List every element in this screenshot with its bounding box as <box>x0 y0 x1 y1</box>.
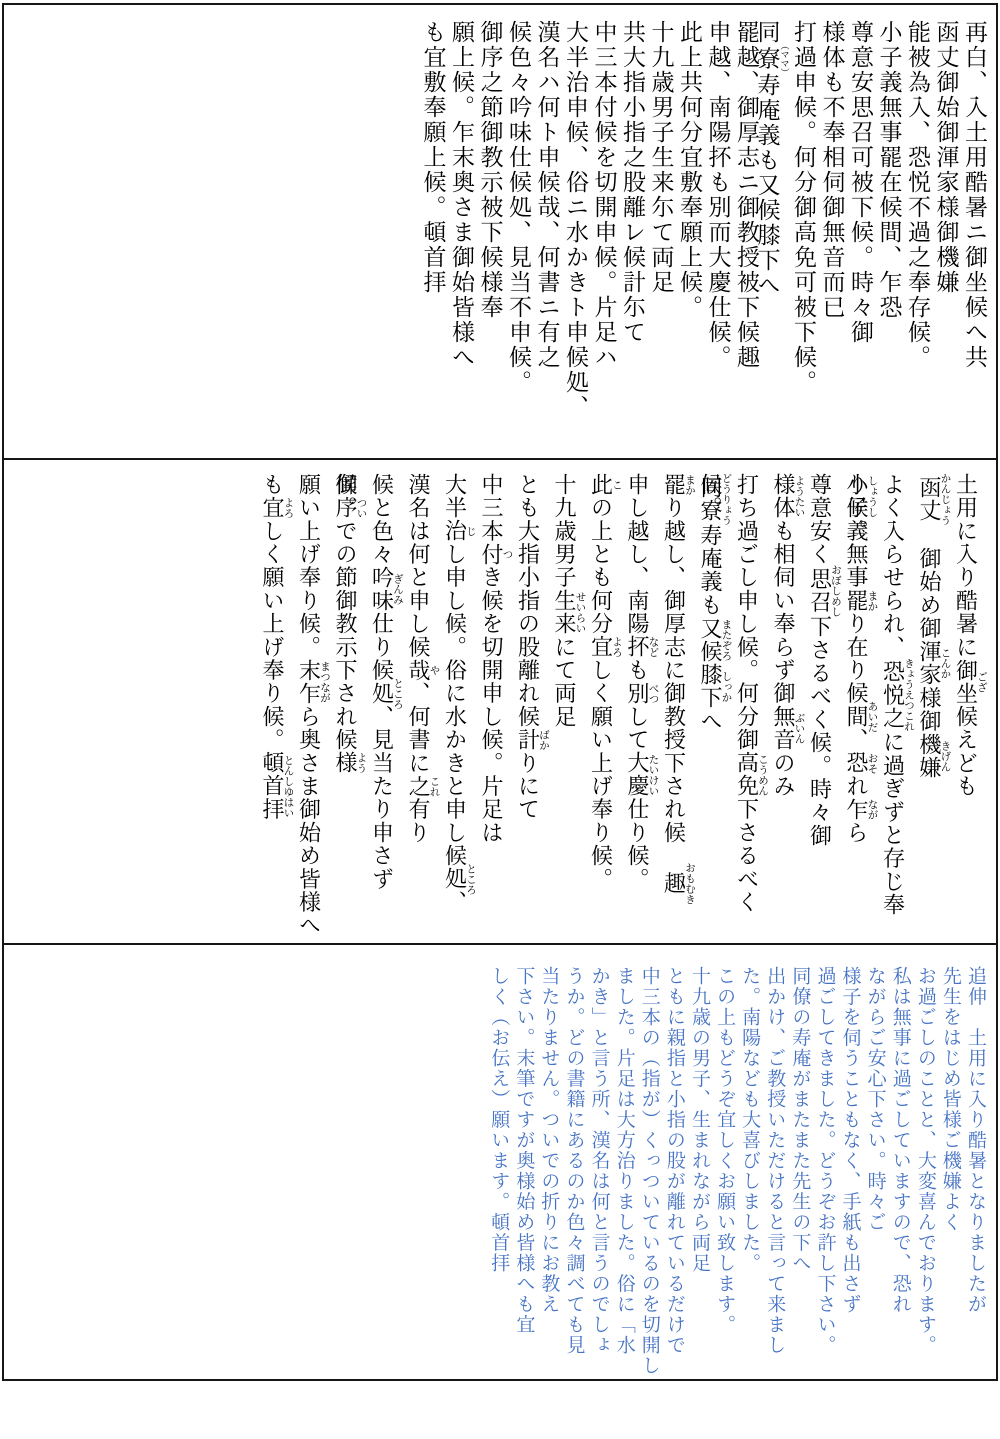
text-column: 同寮（ママ）寿庵義も又候膝下へ <box>760 20 789 450</box>
ruby-annotated-text: 罷まか <box>843 589 868 612</box>
ruby-annotated-text: 様よう <box>332 751 357 774</box>
text-column: 様体も不奉相伺御無音而已 <box>817 20 846 450</box>
text-column: しく（お伝え）願います。頓首拝 <box>486 966 511 1378</box>
text-column: 当たりません。ついでの折りにお教え <box>536 966 561 1378</box>
text-column: た。南陽なども大喜びしました。 <box>737 966 762 1378</box>
ruby-annotated-text: 計ばか <box>515 728 540 751</box>
text-column: 罷越、御厚志ニ御教授被下候趣 <box>732 20 761 450</box>
section-reading-with-furigana: 土用に入り酷暑に御坐ござ候えども函丈かんじょう 御始め御渾家こんか様御機嫌きげん… <box>2 460 998 945</box>
text-column: ともに親指と小指の股が離れているだけで <box>662 966 687 1378</box>
text-column: 願上候。乍末奥さま御始皆様へ <box>447 20 476 450</box>
text-column: 打過申候。何分御高免可被下候。 <box>789 20 818 450</box>
ruby-annotated-text: 末乍まつなが <box>296 659 321 705</box>
text-column: 再白、入土用酷暑ニ御坐候へ共 <box>960 20 989 450</box>
text-column: 私は無事に過ごしていますので、恐れ <box>888 966 913 1378</box>
text-column: 御序之節御教示被下候様奉 <box>475 20 504 450</box>
text-column: 追伸 土用に入り酷暑となりましたが <box>963 966 988 1378</box>
ruby-annotated-text: 恐悦之きょうえつこれ <box>880 659 905 731</box>
ruby-annotated-text: 別べつ <box>624 682 649 705</box>
text-column: かき」と言う所、漢名は何と言うのでしょ <box>587 966 612 1378</box>
text-column: ながらご安心下さい。時々ご <box>863 966 888 1378</box>
ruby-annotated-text: 渾家こんか <box>916 640 941 686</box>
text-column: 申越、南陽抔も別而大慶仕候。 <box>703 20 732 450</box>
ruby-annotated-text: 大慶たいけい <box>624 751 649 797</box>
vertical-text-block-reading: 土用に入り酷暑に御坐ござ候えども函丈かんじょう 御始め御渾家こんか様御機嫌きげん… <box>258 473 988 937</box>
text-column: 先生をはじめ皆様ご機嫌よく <box>938 966 963 1378</box>
ruby-annotated-text: 小子しょうし <box>843 473 868 519</box>
letter-page: 再白、入土用酷暑ニ御坐候へ共函丈御始御渾家様御機嫌能被為入、恐悦不過之奉存候。小… <box>0 0 1000 1439</box>
ruby-annotated-text: 様体ようたい <box>770 473 795 519</box>
text-column: ました。片足は大方治りました。俗に「水 <box>612 966 637 1378</box>
ruby-annotated-text: 宜よろ <box>588 635 613 658</box>
text-column: 尊意安思召可被下候。時々御 <box>846 20 875 450</box>
ruby-annotated-text: 函丈かんじょう <box>916 473 941 524</box>
ruby-annotated-text: 処ところ <box>369 682 394 705</box>
ruby-annotated-text: 恐おそ <box>843 751 868 774</box>
ruby-annotated-text: 之これ <box>405 775 430 798</box>
ruby-annotated-text: 罷まか <box>661 473 686 496</box>
text-column: 候色々吟味仕候処、見当不申候。 <box>504 20 533 450</box>
text-column: 函丈御始御渾家様御機嫌 <box>931 20 960 450</box>
text-column: 土用に入り酷暑に御坐ござ候えども <box>952 473 989 937</box>
section-original-kanbun-letter: 再白、入土用酷暑ニ御坐候へ共函丈御始御渾家様御機嫌能被為入、恐悦不過之奉存候。小… <box>2 3 998 460</box>
text-column: 出かけ、ご教授いただけると言って来まし <box>762 966 787 1378</box>
ruby-annotated-text: 高免こうめん <box>734 751 759 797</box>
vertical-text-block-original: 再白、入土用酷暑ニ御坐候へ共函丈御始御渾家様御機嫌能被為入、恐悦不過之奉存候。小… <box>418 20 988 450</box>
text-column: 下さい。末筆ですが奥様始め皆様へも宜 <box>511 966 536 1378</box>
text-column: 十九歳の男子、生まれながら両足 <box>687 966 712 1378</box>
text-column: 様子を伺うこともなく、手紙も出さず <box>837 966 862 1378</box>
ruby-annotated-text: 此こ <box>588 473 613 496</box>
text-column: 中三本の（指が）くっついているのを切開し <box>637 966 662 1378</box>
text-column: 能被為入、恐悦不過之奉存候。 <box>903 20 932 450</box>
ruby-annotated-text: 膝下しっか <box>697 663 722 709</box>
ruby-annotated-text: 趣おもむき <box>661 867 686 904</box>
ruby-annotated-text: 又候またぞろ <box>697 617 722 663</box>
ruby-annotated-text: 付つ <box>478 543 503 566</box>
ruby-annotated-text: 頓首拝とんしゆはい <box>259 751 284 821</box>
ruby-annotated-text: 乍なが <box>843 798 868 821</box>
text-column: 大半治申候、俗ニ水かきト申候処、 <box>561 20 590 450</box>
ruby-annotated-text: 間あいだ <box>843 705 868 728</box>
ruby-annotated-text: 無音ぶいん <box>770 705 795 751</box>
section-modern-translation: 追伸 土用に入り酷暑となりましたが先生をはじめ皆様ご機嫌よくお過ごしのことと、大… <box>2 945 998 1381</box>
ruby-annotated-text: 序つい <box>332 496 357 519</box>
text-column: も宜敷奉願上候。頓首拝 <box>418 20 447 450</box>
text-column: 中三本付候を切開申候。片足ハ <box>589 20 618 450</box>
text-column: この上もどうぞ宜しくお願い致します。 <box>712 966 737 1378</box>
ruby-annotated-text: 治じ <box>442 519 467 542</box>
text-column: 漢名ハ何ト申候哉、何書ニ有之 <box>532 20 561 450</box>
text-column: 小子義無事罷在候間、乍恐 <box>874 20 903 450</box>
text-column: お過ごしのことと、大変喜んでおります。 <box>913 966 938 1378</box>
ruby-annotated-text: 抔など <box>624 635 649 658</box>
text-column: 同僚の寿庵がまたまた先生の下へ <box>787 966 812 1378</box>
ruby-annotated-text: 哉や <box>405 659 430 682</box>
ruby-annotated-text: 思召おぼしめし <box>807 566 832 615</box>
ruby-annotated-text: 機嫌きげん <box>916 733 941 779</box>
text-column: うか。どの書籍にあるのか色々調べても見 <box>561 966 586 1378</box>
ruby-annotated-text: 生来せいらい <box>551 589 576 635</box>
vertical-text-block-translation: 追伸 土用に入り酷暑となりましたが先生をはじめ皆様ご機嫌よくお過ごしのことと、大… <box>486 966 988 1378</box>
text-column: 過ごしてきました。どうぞお許し下さい。 <box>812 966 837 1378</box>
ruby-annotated-text: 同寮どうりょう <box>697 473 722 524</box>
ruby-annotated-text: 宜よろ <box>259 496 284 519</box>
text-column: 十九歳男子生来尓て両足 <box>646 20 675 450</box>
ruby-annotated-text: 御坐ござ <box>953 659 978 705</box>
ruby-annotated-text: 吟味ぎんみ <box>369 566 394 612</box>
ruby-annotated-text: 処ところ <box>442 867 467 890</box>
text-column: 共大指小指之股離レ候計尓て <box>618 20 647 450</box>
text-column: 此上共何分宜敷奉願上候。 <box>675 20 704 450</box>
